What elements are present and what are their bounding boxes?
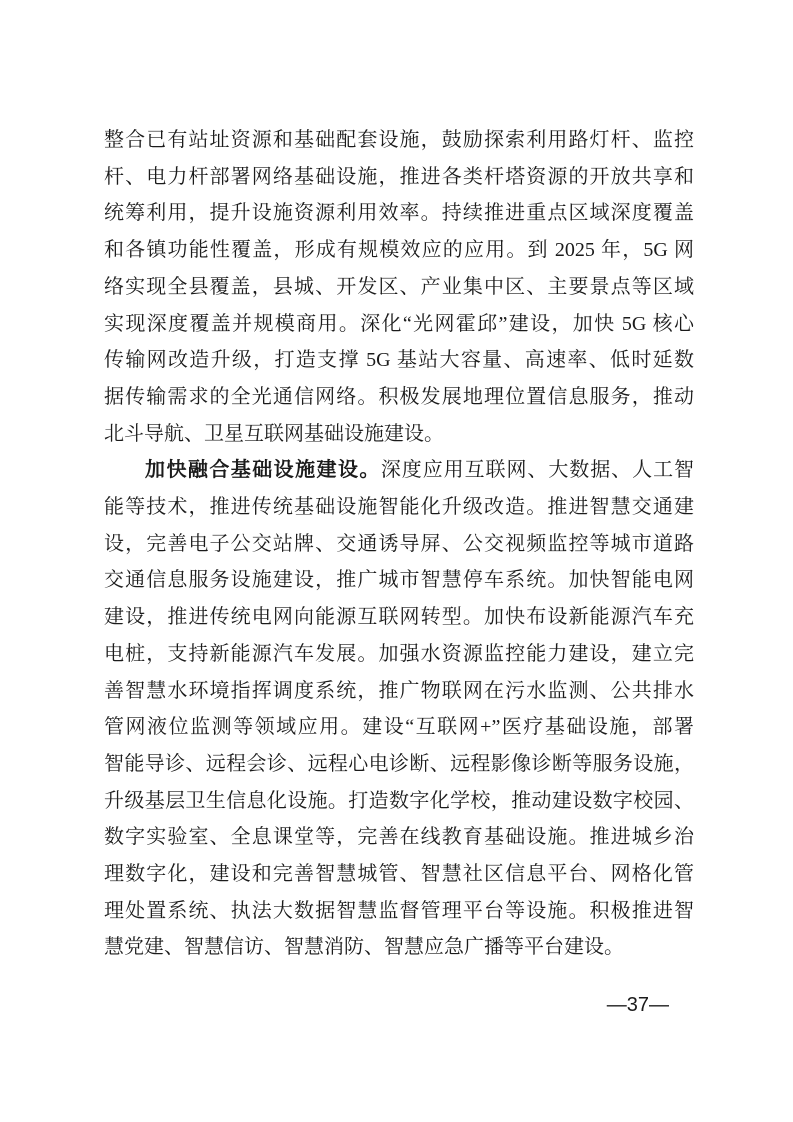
body-text: 能等技术，推进传统基础设施智能化升级改造。推进智慧交通建 <box>104 496 694 518</box>
paragraph-converged-infrastructure: 加快融合基础设施建设。深度应用互联网、大数据、人工智能等技术，推进传统基础设施智… <box>104 452 694 966</box>
body-text: 络实现全县覆盖，县城、开发区、产业集中区、主要景点等区域 <box>104 276 694 298</box>
text-line: 建设，推进传统电网向能源互联网转型。加快布设新能源汽车充 <box>104 599 694 636</box>
paragraph-continuation: 整合已有站址资源和基础配套设施，鼓励探索利用路灯杆、监控杆、电力杆部署网络基础设… <box>104 122 694 452</box>
body-text: 实现深度覆盖并规模商用。深化“光网霍邱”建设，加快 5G 核心 <box>104 313 694 335</box>
text-line: 据传输需求的全光通信网络。积极发展地理位置信息服务，推动 <box>104 379 694 416</box>
body-text: 北斗导航、卫星互联网基础设施建设。 <box>104 423 444 445</box>
body-text: 善智慧水环境指挥调度系统，推广物联网在污水监测、公共排水 <box>104 680 694 702</box>
body-text: 统筹利用，提升设施资源利用效率。持续推进重点区域深度覆盖 <box>104 202 694 224</box>
body-text: 数字实验室、全息课堂等，完善在线教育基础设施。推进城乡治 <box>104 826 694 848</box>
document-body: 整合已有站址资源和基础配套设施，鼓励探索利用路灯杆、监控杆、电力杆部署网络基础设… <box>104 122 694 966</box>
text-line: 络实现全县覆盖，县城、开发区、产业集中区、主要景点等区域 <box>104 269 694 306</box>
body-text: 理数字化，建设和完善智慧城管、智慧社区信息平台、网格化管 <box>104 863 694 885</box>
text-line: 杆、电力杆部署网络基础设施，推进各类杆塔资源的开放共享和 <box>104 159 694 196</box>
text-line: 智能导诊、远程会诊、远程心电诊断、远程影像诊断等服务设施， <box>104 746 694 783</box>
body-text: 理处置系统、执法大数据智慧监督管理平台等设施。积极推进智 <box>104 900 694 922</box>
page-number: —37— <box>607 994 669 1017</box>
text-line: 和各镇功能性覆盖，形成有规模效应的应用。到 2025 年，5G 网 <box>104 232 694 269</box>
text-line: 能等技术，推进传统基础设施智能化升级改造。推进智慧交通建 <box>104 489 694 526</box>
text-line: 整合已有站址资源和基础配套设施，鼓励探索利用路灯杆、监控 <box>104 122 694 159</box>
body-text: 交通信息服务设施建设，推广城市智慧停车系统。加快智能电网 <box>104 569 694 591</box>
body-text: 管网液位监测等领域应用。建设“互联网+”医疗基础设施，部署 <box>104 716 694 738</box>
text-line: 升级基层卫生信息化设施。打造数字化学校，推动建设数字校园、 <box>104 783 694 820</box>
text-line: 善智慧水环境指挥调度系统，推广物联网在污水监测、公共排水 <box>104 673 694 710</box>
text-line: 实现深度覆盖并规模商用。深化“光网霍邱”建设，加快 5G 核心 <box>104 306 694 343</box>
text-line: 理数字化，建设和完善智慧城管、智慧社区信息平台、网格化管 <box>104 856 694 893</box>
body-text: 升级基层卫生信息化设施。打造数字化学校，推动建设数字校园、 <box>104 790 694 812</box>
body-text: 传输网改造升级，打造支撑 5G 基站大容量、高速率、低时延数 <box>104 349 694 371</box>
body-text: 建设，推进传统电网向能源互联网转型。加快布设新能源汽车充 <box>104 606 694 628</box>
body-text: 设，完善电子公交站牌、交通诱导屏、公交视频监控等城市道路 <box>104 533 694 555</box>
text-line: 传输网改造升级，打造支撑 5G 基站大容量、高速率、低时延数 <box>104 342 694 379</box>
text-line: 电桩，支持新能源汽车发展。加强水资源监控能力建设，建立完 <box>104 636 694 673</box>
body-text: 杆、电力杆部署网络基础设施，推进各类杆塔资源的开放共享和 <box>104 166 694 188</box>
body-text: 深度应用互联网、大数据、人工智 <box>381 459 694 481</box>
text-line: 管网液位监测等领域应用。建设“互联网+”医疗基础设施，部署 <box>104 709 694 746</box>
body-text: 据传输需求的全光通信网络。积极发展地理位置信息服务，推动 <box>104 386 694 408</box>
body-text: 智能导诊、远程会诊、远程心电诊断、远程影像诊断等服务设施， <box>104 753 694 775</box>
text-line: 设，完善电子公交站牌、交通诱导屏、公交视频监控等城市道路 <box>104 526 694 563</box>
text-line: 慧党建、智慧信访、智慧消防、智慧应急广播等平台建设。 <box>104 929 694 966</box>
text-line: 加快融合基础设施建设。深度应用互联网、大数据、人工智 <box>104 452 694 489</box>
body-text: 电桩，支持新能源汽车发展。加强水资源监控能力建设，建立完 <box>104 643 694 665</box>
text-line: 北斗导航、卫星互联网基础设施建设。 <box>104 416 694 453</box>
bold-lead-text: 加快融合基础设施建设。 <box>145 459 381 481</box>
text-line: 数字实验室、全息课堂等，完善在线教育基础设施。推进城乡治 <box>104 819 694 856</box>
body-text: 整合已有站址资源和基础配套设施，鼓励探索利用路灯杆、监控 <box>104 129 694 151</box>
body-text: 慧党建、智慧信访、智慧消防、智慧应急广播等平台建设。 <box>104 936 624 958</box>
body-text: 和各镇功能性覆盖，形成有规模效应的应用。到 2025 年，5G 网 <box>104 239 694 261</box>
text-line: 统筹利用，提升设施资源利用效率。持续推进重点区域深度覆盖 <box>104 195 694 232</box>
text-line: 理处置系统、执法大数据智慧监督管理平台等设施。积极推进智 <box>104 893 694 930</box>
text-line: 交通信息服务设施建设，推广城市智慧停车系统。加快智能电网 <box>104 562 694 599</box>
document-page: 整合已有站址资源和基础配套设施，鼓励探索利用路灯杆、监控杆、电力杆部署网络基础设… <box>0 0 793 1122</box>
